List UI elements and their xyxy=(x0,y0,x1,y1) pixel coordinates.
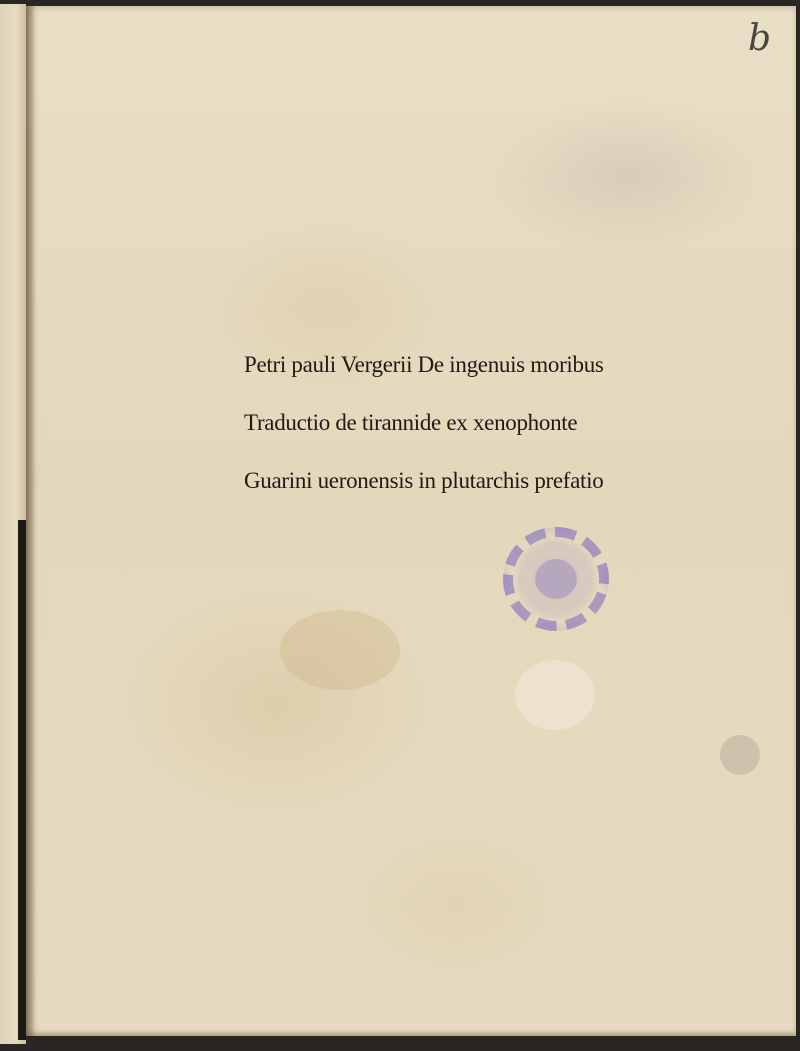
folio-mark: b xyxy=(748,18,771,59)
binding-edge xyxy=(18,520,26,1040)
library-stamp-icon xyxy=(503,527,609,631)
stain xyxy=(280,610,400,690)
gutter-shadow xyxy=(26,6,36,1036)
stamp-center xyxy=(535,559,577,599)
stain xyxy=(720,735,760,775)
title-block: Petri pauli Vergerii De ingenuis moribus… xyxy=(244,350,664,524)
title-line-3: Guarini ueronensis in plutarchis prefati… xyxy=(244,466,664,524)
stain xyxy=(515,660,595,730)
title-line-1: Petri pauli Vergerii De ingenuis moribus xyxy=(244,350,664,408)
title-line-2: Traductio de tirannide ex xenophonte xyxy=(244,408,664,466)
